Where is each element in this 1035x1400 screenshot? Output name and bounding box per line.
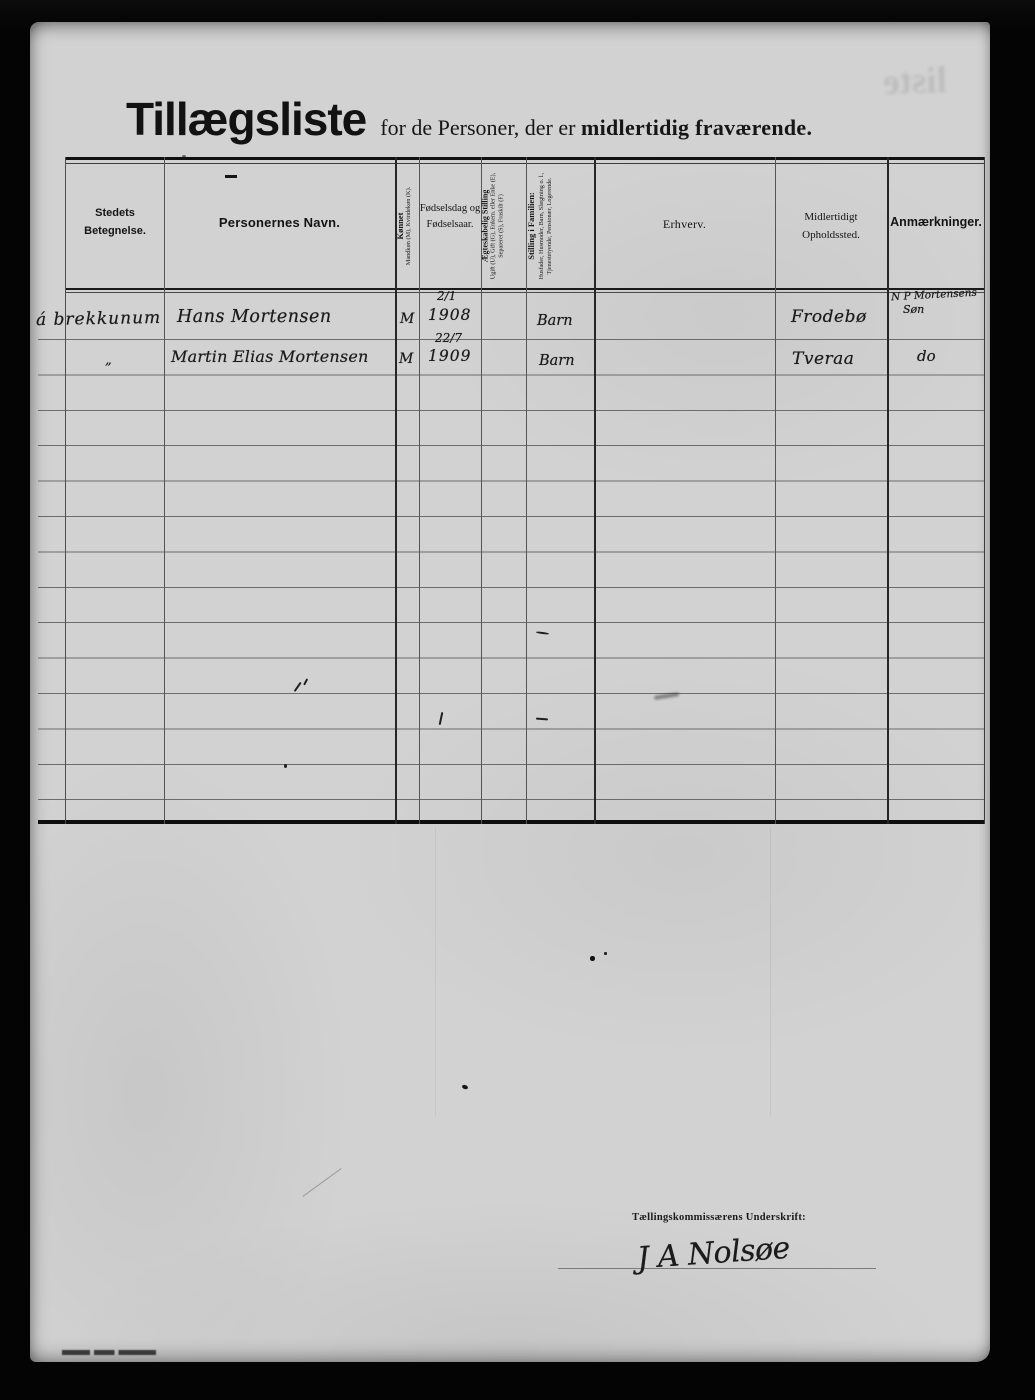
form-header: Tillægsliste for de Personer, der er mid…: [126, 92, 812, 146]
ink-speck: [284, 764, 287, 768]
row2-sex: M: [399, 351, 413, 367]
signature-label: Tællingskommissærens Underskrift:: [632, 1212, 806, 1223]
row1-place: á brekkunum: [36, 308, 162, 330]
column-divider: [594, 157, 596, 824]
table-bottom-rule: [38, 820, 985, 824]
form-subtitle-bold: midlertidig fraværende.: [581, 115, 812, 140]
column-header-family-sub: Husfader, Husmoder, Barn, Slægtning o. l…: [538, 164, 554, 288]
column-header-occupation: Erhverv.: [594, 217, 775, 232]
column-divider: [984, 157, 985, 824]
stray-dash-mark: [225, 175, 237, 178]
column-header-residence: Midlertidigt Opholdssted.: [775, 209, 887, 244]
column-header-remarks: Anmærkninger.: [887, 215, 985, 229]
row1-family-position: Barn: [537, 313, 573, 329]
column-header-marital-sub: Ugift (U), Gift (G), Enkem. eller Enke (…: [490, 164, 506, 289]
column-divider: [775, 157, 776, 824]
bleed-through-text: liste: [829, 57, 1000, 106]
column-divider: [887, 157, 889, 824]
printer-mark: [62, 1350, 156, 1355]
row1-birth-day: 2/1: [437, 289, 456, 303]
census-form-page: liste Tillægsliste for de Personer, der …: [30, 22, 990, 1362]
scratch-mark: [302, 1168, 341, 1197]
column-header-sex: Kønnet Mandkøn (M), Kvindekøn (K).: [395, 164, 419, 288]
ink-speck: [590, 956, 595, 961]
column-header-sex-sub: Mandkøn (M), Kvindekøn (K).: [405, 164, 412, 288]
row2-place-ditto: „: [105, 353, 112, 368]
commissioner-signature: J A Nolsøe: [636, 1231, 791, 1277]
census-table: Stedets Betegnelse. Personernes Navn. Kø…: [65, 157, 985, 824]
column-header-family: Stilling i Familien: Husfader, Husmoder,…: [526, 164, 594, 288]
bleed-through-line: [770, 827, 771, 1117]
column-header-sex-main: Kønnet: [395, 164, 405, 288]
column-divider: [65, 157, 66, 824]
form-subtitle: for de Personer, der er midlertidig frav…: [380, 115, 812, 141]
row1-remarks-line2: Søn: [903, 303, 924, 316]
ink-speck: [182, 155, 186, 158]
form-subtitle-regular: for de Personer, der er: [380, 115, 575, 140]
row2-name: Martin Elias Mortensen: [171, 347, 369, 366]
row1-name: Hans Mortensen: [177, 307, 332, 327]
row1-sex: M: [400, 311, 414, 327]
row1-temporary-residence: Frodebø: [791, 307, 867, 327]
column-header-marital-main: Ægteskabelig Stilling: [481, 164, 490, 289]
column-header-birthdate: Fødselsdag og Fødselsaar.: [417, 201, 483, 233]
form-title: Tillægsliste: [126, 92, 366, 146]
column-header-marital: Ægteskabelig Stilling Ugift (U), Gift (G…: [481, 164, 527, 289]
row2-birth-day: 22/7: [435, 331, 462, 345]
row2-temporary-residence: Tveraa: [792, 349, 854, 369]
column-header-place: Stedets Betegnelse.: [67, 205, 163, 240]
ink-speck: [604, 952, 607, 955]
ink-speck: [461, 1084, 468, 1090]
table-top-rule: [65, 157, 985, 160]
row2-remarks: do: [917, 347, 936, 365]
column-divider: [164, 157, 165, 824]
row-ruling: [38, 339, 985, 801]
row1-birth-year: 1908: [428, 306, 471, 324]
row2-family-position: Barn: [539, 353, 575, 369]
bleed-through-line: [435, 827, 436, 1117]
column-header-family-main: Stilling i Familien:: [526, 164, 536, 288]
column-header-name: Personernes Navn.: [164, 215, 395, 230]
header-bottom-rule-thin: [65, 292, 985, 293]
scan-background: liste Tillægsliste for de Personer, der …: [0, 0, 1035, 1400]
row2-birth-year: 1909: [428, 347, 471, 365]
column-divider: [419, 157, 420, 824]
